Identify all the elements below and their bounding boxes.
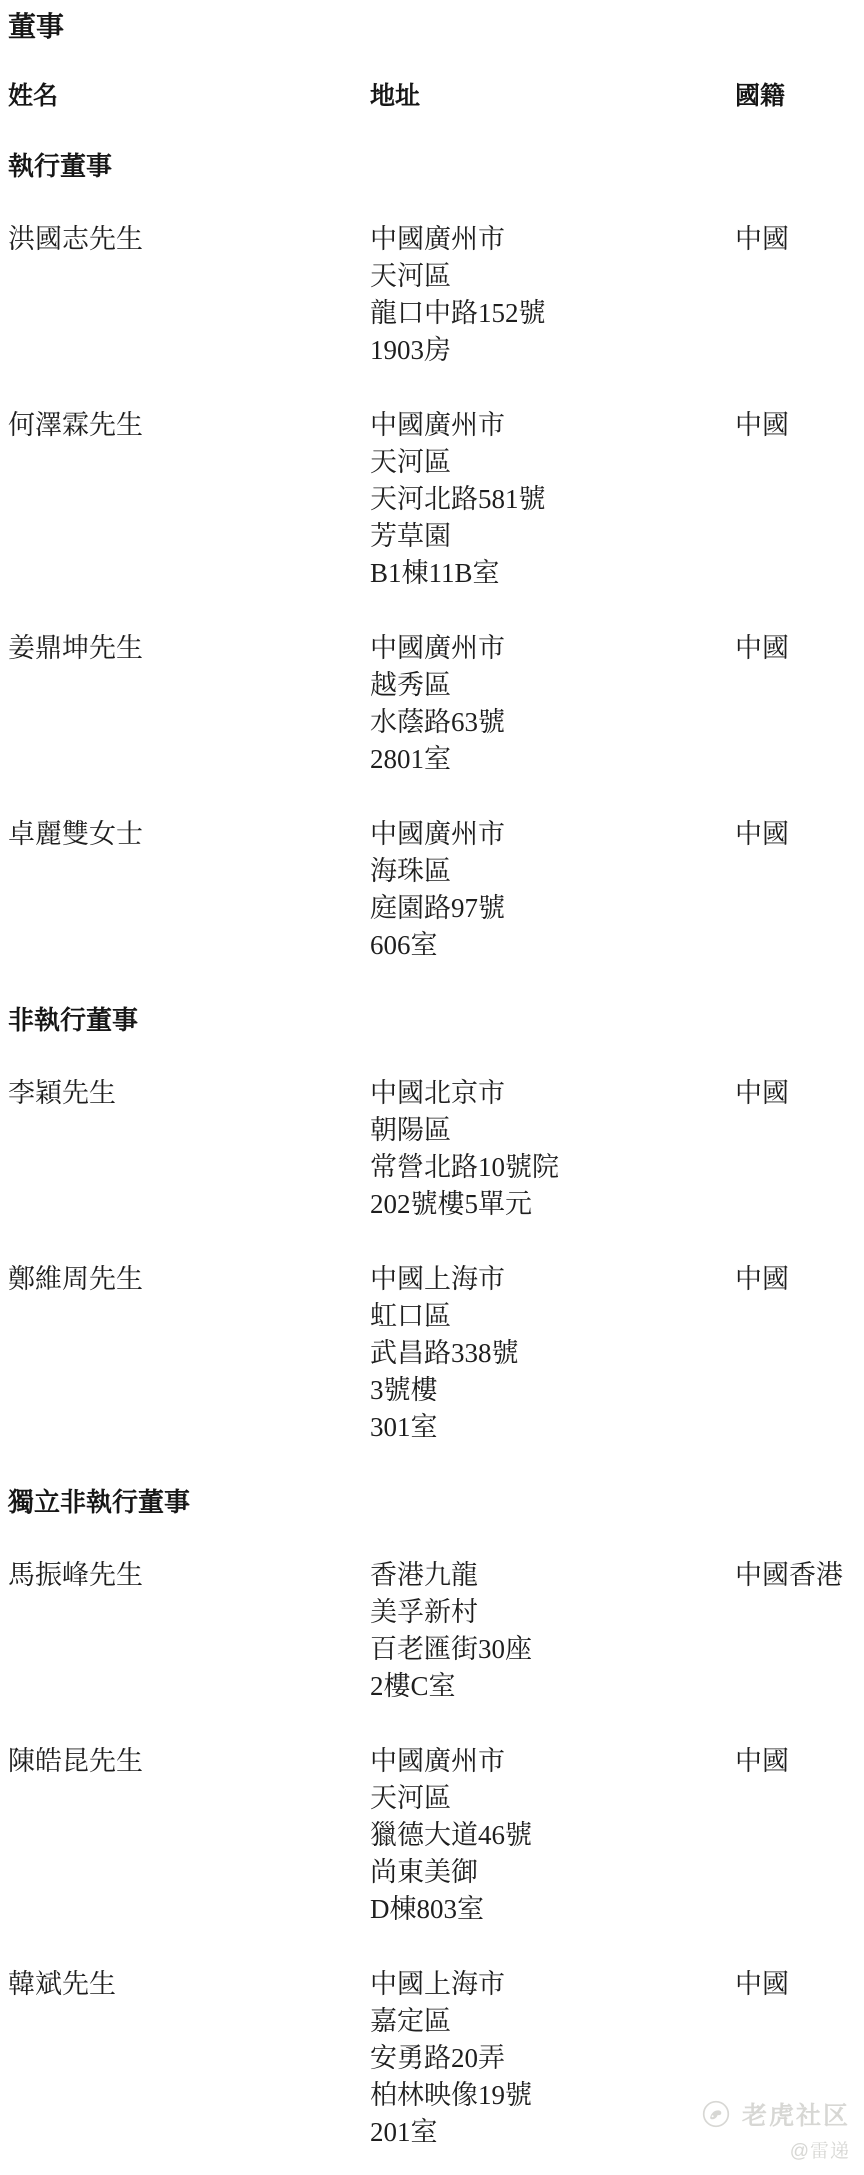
director-row: 鄭維周先生 中國上海市虹口區武昌路338號3號樓301室 中國 — [8, 1261, 864, 1446]
address-line: 中國廣州市 — [370, 816, 735, 853]
director-address: 中國北京市朝陽區常營北路10號院202號樓5單元 — [370, 1075, 735, 1223]
address-line: 1903房 — [370, 332, 735, 369]
address-line: 安勇路20弄 — [370, 2040, 735, 2077]
watermark-brand-row: 老虎社区 — [702, 2096, 850, 2132]
address-line: 尚東美御 — [370, 1854, 735, 1891]
director-address: 中國廣州市海珠區庭園路97號606室 — [370, 816, 735, 964]
director-row: 卓麗雙女士 中國廣州市海珠區庭園路97號606室 中國 — [8, 816, 864, 964]
director-nationality: 中國 — [735, 1075, 864, 1112]
address-line: 中國廣州市 — [370, 221, 735, 258]
address-line: 龍口中路152號 — [370, 295, 735, 332]
address-line: 武昌路338號 — [370, 1335, 735, 1372]
column-header-address: 地址 — [370, 78, 735, 115]
column-header-nationality: 國籍 — [735, 78, 864, 115]
director-nationality: 中國 — [735, 630, 864, 667]
address-line: 202號樓5單元 — [370, 1186, 735, 1223]
address-line: 海珠區 — [370, 853, 735, 890]
address-line: 香港九龍 — [370, 1557, 735, 1594]
director-nationality: 中國 — [735, 1261, 864, 1298]
address-line: 天河區 — [370, 444, 735, 481]
address-line: 天河北路581號 — [370, 481, 735, 518]
section-heading: 獨立非執行董事 — [8, 1484, 864, 1521]
directors-table: 董事 姓名 地址 國籍 執行董事 洪國志先生 中國廣州市天河區龍口中路152號1… — [0, 0, 864, 2151]
address-line: 天河區 — [370, 258, 735, 295]
tiger-logo-icon — [702, 2100, 730, 2128]
director-address: 中國廣州市越秀區水蔭路63號2801室 — [370, 630, 735, 778]
address-line: 中國廣州市 — [370, 407, 735, 444]
section-rows: 馬振峰先生 香港九龍美孚新村百老匯街30座2樓C室 中國香港 陳皓昆先生 中國廣… — [8, 1557, 864, 2151]
document-page: 董事 姓名 地址 國籍 執行董事 洪國志先生 中國廣州市天河區龍口中路152號1… — [0, 0, 864, 2175]
director-name: 李穎先生 — [8, 1075, 370, 1112]
address-line: 606室 — [370, 927, 735, 964]
director-name: 卓麗雙女士 — [8, 816, 370, 853]
director-address: 中國廣州市天河區天河北路581號芳草園B1棟11B室 — [370, 407, 735, 592]
director-nationality: 中國 — [735, 221, 864, 258]
address-line: 庭園路97號 — [370, 890, 735, 927]
director-section: 非執行董事 李穎先生 中國北京市朝陽區常營北路10號院202號樓5單元 中國 鄭… — [8, 1002, 864, 1446]
director-nationality: 中國 — [735, 1743, 864, 1780]
section-rows: 洪國志先生 中國廣州市天河區龍口中路152號1903房 中國 何澤霖先生 中國廣… — [8, 221, 864, 964]
address-line: 中國上海市 — [370, 1261, 735, 1298]
address-line: 中國上海市 — [370, 1966, 735, 2003]
director-row: 陳皓昆先生 中國廣州市天河區獵德大道46號尚東美御D棟803室 中國 — [8, 1743, 864, 1928]
director-nationality: 中國 — [735, 1966, 864, 2003]
address-line: 越秀區 — [370, 667, 735, 704]
address-line: 柏林映像19號 — [370, 2077, 735, 2114]
director-name: 姜鼎坤先生 — [8, 630, 370, 667]
address-line: 朝陽區 — [370, 1112, 735, 1149]
director-row: 李穎先生 中國北京市朝陽區常營北路10號院202號樓5單元 中國 — [8, 1075, 864, 1223]
director-name: 鄭維周先生 — [8, 1261, 370, 1298]
address-line: 中國北京市 — [370, 1075, 735, 1112]
section-rows: 李穎先生 中國北京市朝陽區常營北路10號院202號樓5單元 中國 鄭維周先生 中… — [8, 1075, 864, 1446]
watermark: 老虎社区 @雷递 — [702, 2096, 850, 2163]
director-section: 執行董事 洪國志先生 中國廣州市天河區龍口中路152號1903房 中國 何澤霖先… — [8, 148, 864, 964]
address-line: 常營北路10號院 — [370, 1149, 735, 1186]
address-line: B1棟11B室 — [370, 555, 735, 592]
address-line: 百老匯街30座 — [370, 1631, 735, 1668]
address-line: 獵德大道46號 — [370, 1817, 735, 1854]
director-address: 中國廣州市天河區獵德大道46號尚東美御D棟803室 — [370, 1743, 735, 1928]
column-header-row: 姓名 地址 國籍 — [8, 78, 864, 115]
address-line: 3號樓 — [370, 1372, 735, 1409]
address-line: 301室 — [370, 1409, 735, 1446]
section-heading: 非執行董事 — [8, 1002, 864, 1039]
address-line: 中國廣州市 — [370, 630, 735, 667]
director-row: 何澤霖先生 中國廣州市天河區天河北路581號芳草園B1棟11B室 中國 — [8, 407, 864, 592]
address-line: 2樓C室 — [370, 1668, 735, 1705]
section-heading: 執行董事 — [8, 148, 864, 185]
director-address: 中國上海市虹口區武昌路338號3號樓301室 — [370, 1261, 735, 1446]
address-line: 2801室 — [370, 741, 735, 778]
address-line: 水蔭路63號 — [370, 704, 735, 741]
address-line: 芳草園 — [370, 518, 735, 555]
director-name: 韓斌先生 — [8, 1966, 370, 2003]
director-address: 中國上海市嘉定區安勇路20弄柏林映像19號201室 — [370, 1966, 735, 2151]
address-line: D棟803室 — [370, 1891, 735, 1928]
director-row: 馬振峰先生 香港九龍美孚新村百老匯街30座2樓C室 中國香港 — [8, 1557, 864, 1705]
address-line: 中國廣州市 — [370, 1743, 735, 1780]
address-line: 美孚新村 — [370, 1594, 735, 1631]
watermark-brand-text: 老虎社区 — [742, 2096, 850, 2132]
director-address: 香港九龍美孚新村百老匯街30座2樓C室 — [370, 1557, 735, 1705]
director-nationality: 中國香港 — [735, 1557, 864, 1594]
column-header-name: 姓名 — [8, 78, 370, 115]
director-name: 陳皓昆先生 — [8, 1743, 370, 1780]
page-title: 董事 — [8, 8, 864, 45]
address-line: 201室 — [370, 2114, 735, 2151]
address-line: 虹口區 — [370, 1298, 735, 1335]
address-line: 天河區 — [370, 1780, 735, 1817]
director-nationality: 中國 — [735, 816, 864, 853]
address-line: 嘉定區 — [370, 2003, 735, 2040]
sections: 執行董事 洪國志先生 中國廣州市天河區龍口中路152號1903房 中國 何澤霖先… — [8, 148, 864, 2151]
director-section: 獨立非執行董事 馬振峰先生 香港九龍美孚新村百老匯街30座2樓C室 中國香港 陳… — [8, 1484, 864, 2151]
director-name: 洪國志先生 — [8, 221, 370, 258]
director-nationality: 中國 — [735, 407, 864, 444]
director-address: 中國廣州市天河區龍口中路152號1903房 — [370, 221, 735, 369]
director-row: 姜鼎坤先生 中國廣州市越秀區水蔭路63號2801室 中國 — [8, 630, 864, 778]
director-name: 馬振峰先生 — [8, 1557, 370, 1594]
director-row: 洪國志先生 中國廣州市天河區龍口中路152號1903房 中國 — [8, 221, 864, 369]
director-name: 何澤霖先生 — [8, 407, 370, 444]
watermark-handle-text: @雷递 — [790, 2136, 850, 2163]
